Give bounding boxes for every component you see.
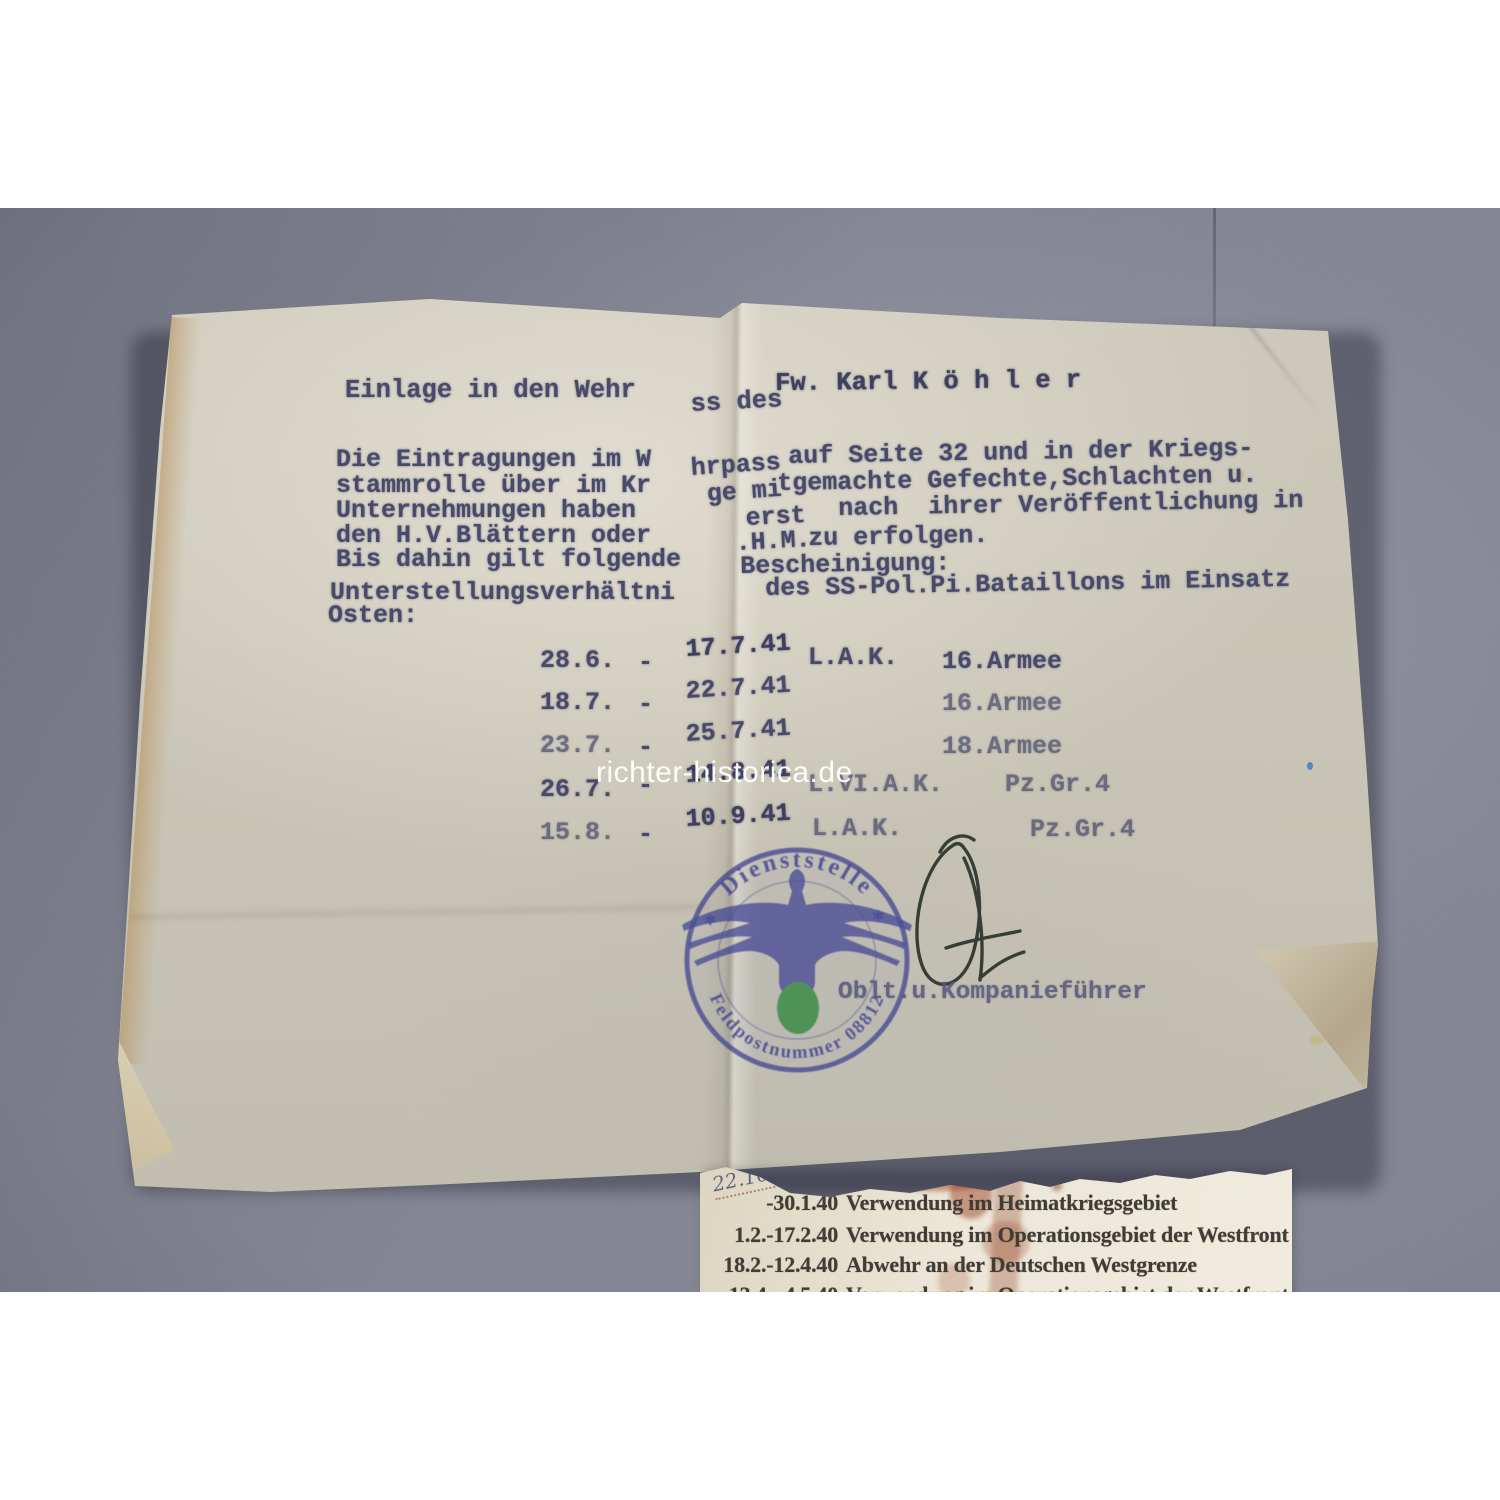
date-dash: - [638, 692, 653, 717]
doc-line: Bis dahin gilt folgende [336, 547, 681, 572]
army: Pz.Gr.4 [1005, 772, 1110, 797]
army: 16.Armee [942, 649, 1062, 674]
signature-title-label: Oblt.u.Kompanieführer [838, 979, 1147, 1006]
unit: L.A.K. [808, 645, 898, 670]
doc-line: Die Eintragungen im W [336, 447, 651, 472]
slip-entry-desc: Verwendung im Heimatkriegsgebiet [846, 1190, 1177, 1216]
watermark-text: richter-historica.de [596, 756, 853, 790]
horizontal-crease [130, 902, 710, 922]
doc-line: stammrolle über im Kr [336, 473, 651, 498]
date-from: 15.8. [540, 820, 615, 845]
slip-entry-date: 13.4.- 4.5.40 [706, 1282, 838, 1292]
date-from: 18.7. [540, 690, 615, 715]
slip-entry-desc: Verwendung im Operationsgebiet der Westf… [846, 1282, 1289, 1292]
page: Einlage in den Wehr ss des Fw. Karl K ö … [0, 0, 1500, 1500]
date-to: 25.7.41 [685, 716, 791, 747]
photo-area: Einlage in den Wehr ss des Fw. Karl K ö … [0, 208, 1500, 1292]
slip-entry-desc: Abwehr an der Deutschen Westgrenze [846, 1252, 1197, 1278]
date-to: 17.7.41 [685, 631, 791, 662]
date-to: 22.7.41 [685, 673, 791, 704]
stain-spot [1310, 1035, 1324, 1045]
doc-line: nach ihrer Veröffentlichung in [838, 488, 1303, 521]
slip-entry-desc: Verwendung im Operationsgebiet der Westf… [846, 1222, 1289, 1248]
doc-line: Unternehmungen haben [336, 498, 636, 523]
doc-subheading: des SS-Pol.Pi.Bataillons im Einsatz [765, 567, 1290, 601]
document-paper: Einlage in den Wehr ss des Fw. Karl K ö … [105, 295, 1395, 1205]
feldpost-stamp-seal: Dienststelle Feldpostnummer 08812 ✱ ✱ [660, 825, 940, 1095]
date-dash: - [638, 650, 653, 675]
censor-dot [777, 982, 819, 1034]
doc-title-mid: ss des [690, 387, 783, 417]
army: 18.Armee [942, 734, 1062, 759]
doc-line: zu erfolgen. [808, 523, 988, 551]
corner-crease [1247, 323, 1324, 420]
doc-title-name: Fw. Karl K ö h l e r [775, 368, 1081, 397]
date-dash: - [638, 822, 653, 847]
slip-entry-date: 1.2.-17.2.40 [706, 1222, 838, 1248]
slip-entry-date: 18.2.-12.4.40 [706, 1252, 838, 1278]
date-from: 23.7. [540, 733, 615, 758]
doc-subheading: Osten: [328, 603, 418, 628]
date-from: 28.6. [540, 648, 615, 673]
doc-title-left: Einlage in den Wehr [345, 378, 636, 404]
army: 16.Armee [942, 691, 1062, 716]
